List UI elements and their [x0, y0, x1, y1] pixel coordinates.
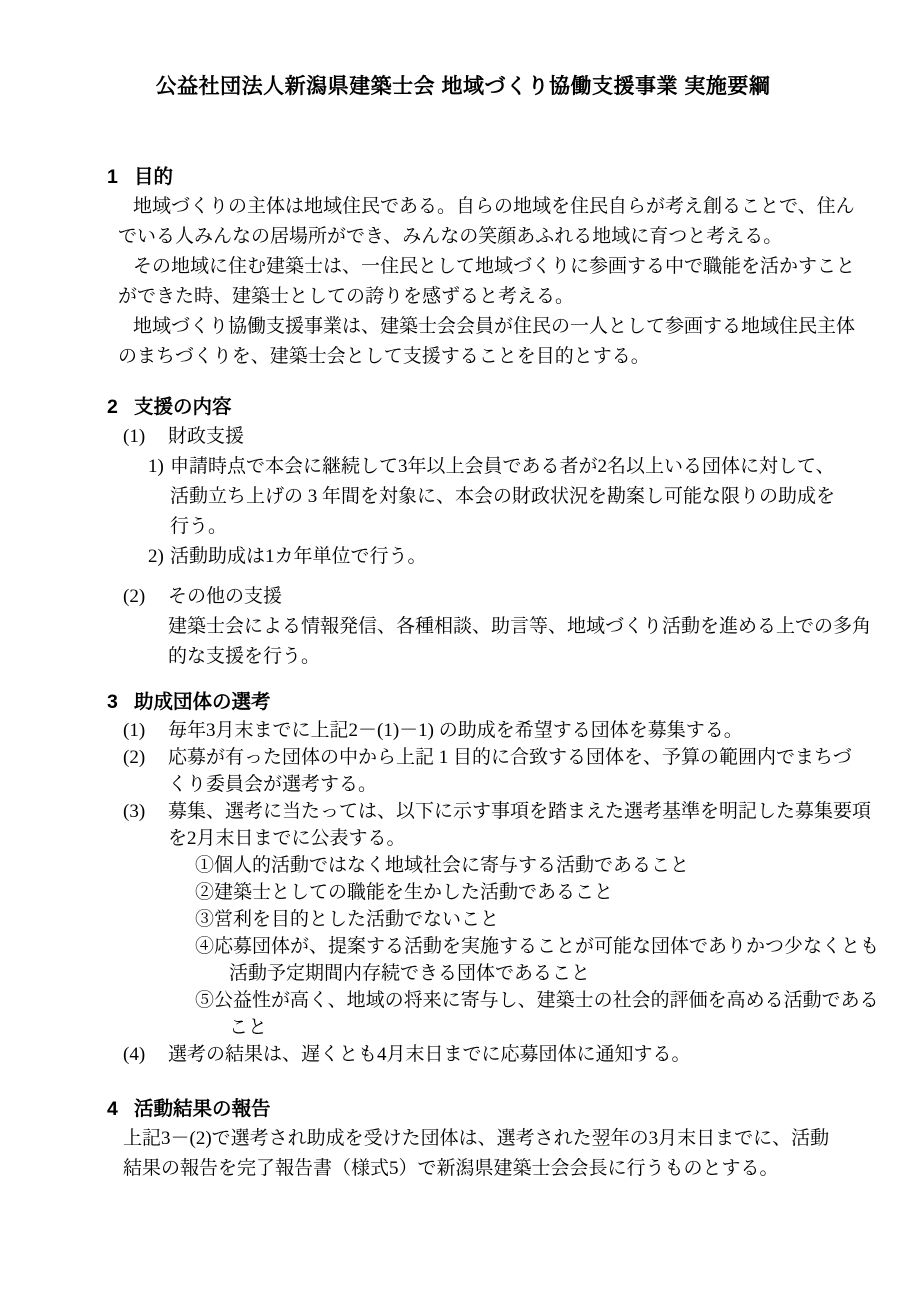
- criterion-line: こと: [195, 1014, 819, 1041]
- item-marker: (2): [123, 582, 145, 612]
- item-line: 的な支援を行う。: [168, 642, 819, 672]
- section-number: 4: [107, 1094, 121, 1124]
- item-marker: (2): [123, 744, 145, 771]
- criterion-line: ②建築士としての職能を生かした活動であること: [195, 879, 819, 906]
- item-line: 申請時点で本会に継続して3年以上会員である者が2名以上いる団体に対して、: [170, 452, 819, 482]
- item-line: を2月末日までに公表する。: [168, 825, 819, 852]
- paragraph-line: 上記3－(2)で選考され助成を受けた団体は、選考された翌年の3月末日までに、活動: [123, 1124, 819, 1154]
- paragraph-line: 結果の報告を完了報告書（様式5）で新潟県建築士会会長に行うものとする。: [123, 1154, 819, 1184]
- item-line: 行う。: [170, 512, 819, 542]
- paragraph-line: 地域づくり協働支援事業は、建築士会会員が住民の一人として参画する地域住民主体: [118, 312, 819, 342]
- list-item-guideline-publication: (3) 募集、選考に当たっては、以下に示す事項を踏まえた選考基準を明記した募集要…: [107, 798, 819, 852]
- item-line: 建築士会による情報発信、各種相談、助言等、地域づくり活動を進める上での多角: [168, 612, 819, 642]
- item-line: 選考の結果は、遅くとも4月末日までに応募団体に通知する。: [168, 1041, 819, 1068]
- item-marker: 1): [148, 452, 164, 482]
- document-title: 公益社団法人新潟県建築士会 地域づくり協働支援事業 実施要綱: [107, 72, 819, 102]
- criterion-line: 活動予定期間内存続できる団体であること: [195, 960, 819, 987]
- criterion-line: ①個人的活動ではなく地域社会に寄与する活動であること: [195, 852, 819, 879]
- list-item-other-support: (2) その他の支援 建築士会による情報発信、各種相談、助言等、地域づくり活動を…: [107, 582, 819, 672]
- paragraph-line: その地域に住む建築士は、一住民として地域づくりに参画する中で職能を活かすこと: [118, 252, 819, 282]
- section-2-heading: 2支援の内容: [107, 392, 819, 422]
- section-number: 2: [107, 392, 121, 422]
- list-item-result-notification: (4) 選考の結果は、遅くとも4月末日までに応募団体に通知する。: [107, 1041, 819, 1068]
- paragraph-line: のまちづくりを、建築士会として支援することを目的とする。: [118, 342, 819, 372]
- list-item-committee-selection: (2) 応募が有った団体の中から上記 1 目的に合致する団体を、予算の範囲内でま…: [107, 744, 819, 798]
- criterion-2: ②建築士としての職能を生かした活動であること: [195, 879, 819, 906]
- item-marker: (3): [123, 798, 145, 825]
- section-number: 3: [107, 687, 121, 717]
- criterion-5: ⑤公益性が高く、地域の将来に寄与し、建築士の社会的評価を高める活動である こと: [195, 987, 819, 1041]
- section-2-support: 2支援の内容 (1) 財政支援 1) 申請時点で本会に継続して3年以上会員である…: [107, 392, 819, 672]
- item-marker: (1): [123, 422, 145, 452]
- item-marker: (1): [123, 717, 145, 744]
- section-3-heading: 3助成団体の選考: [107, 687, 819, 717]
- list-item-financial-support: (1) 財政支援: [107, 422, 819, 452]
- criteria-list: ①個人的活動ではなく地域社会に寄与する活動であること ②建築士としての職能を生か…: [195, 852, 819, 1041]
- list-subitem-2: 2) 活動助成は1カ年単位で行う。: [107, 542, 819, 572]
- criterion-3: ③営利を目的とした活動でないこと: [195, 906, 819, 933]
- item-line: 活動立ち上げの 3 年間を対象に、本会の財政状況を勘案し可能な限りの助成を: [170, 482, 819, 512]
- section-4-report: 4活動結果の報告 上記3－(2)で選考され助成を受けた団体は、選考された翌年の3…: [107, 1094, 819, 1184]
- section-title: 助成団体の選考: [134, 691, 271, 713]
- item-line: 活動助成は1カ年単位で行う。: [170, 542, 819, 572]
- item-marker: 2): [148, 542, 164, 572]
- section-1-purpose: 1目的 地域づくりの主体は地域住民である。自らの地域を住民自らが考え創ることで、…: [107, 162, 819, 372]
- list-subitem-1: 1) 申請時点で本会に継続して3年以上会員である者が2名以上いる団体に対して、 …: [107, 452, 819, 542]
- paragraph-line: 地域づくりの主体は地域住民である。自らの地域を住民自らが考え創ることで、住ん: [118, 192, 819, 222]
- criterion-4: ④応募団体が、提案する活動を実施することが可能な団体でありかつ少なくとも 活動予…: [195, 933, 819, 987]
- section-4-heading: 4活動結果の報告: [107, 1094, 819, 1124]
- paragraph-line: ができた時、建築士としての誇りを感ずると考える。: [118, 282, 819, 312]
- list-item-recruitment: (1) 毎年3月末までに上記2－(1)－1) の助成を希望する団体を募集する。: [107, 717, 819, 744]
- item-label: その他の支援: [168, 582, 819, 612]
- item-line: 応募が有った団体の中から上記 1 目的に合致する団体を、予算の範囲内でまちづ: [168, 744, 819, 771]
- section-3-selection: 3助成団体の選考 (1) 毎年3月末までに上記2－(1)－1) の助成を希望する…: [107, 687, 819, 1068]
- criterion-line: ④応募団体が、提案する活動を実施することが可能な団体でありかつ少なくとも: [195, 933, 819, 960]
- criterion-1: ①個人的活動ではなく地域社会に寄与する活動であること: [195, 852, 819, 879]
- criterion-line: ⑤公益性が高く、地域の将来に寄与し、建築士の社会的評価を高める活動である: [195, 987, 819, 1014]
- section-title: 活動結果の報告: [134, 1098, 271, 1120]
- item-label: 財政支援: [168, 422, 819, 452]
- section-title: 目的: [134, 166, 173, 188]
- section-number: 1: [107, 162, 121, 192]
- item-line: くり委員会が選考する。: [168, 771, 819, 798]
- document-page: 公益社団法人新潟県建築士会 地域づくり協働支援事業 実施要綱 1目的 地域づくり…: [0, 0, 919, 1300]
- section-1-heading: 1目的: [107, 162, 819, 192]
- item-line: 募集、選考に当たっては、以下に示す事項を踏まえた選考基準を明記した募集要項: [168, 798, 819, 825]
- item-line: 毎年3月末までに上記2－(1)－1) の助成を希望する団体を募集する。: [168, 717, 819, 744]
- criterion-line: ③営利を目的とした活動でないこと: [195, 906, 819, 933]
- section-title: 支援の内容: [134, 396, 232, 418]
- item-marker: (4): [123, 1041, 145, 1068]
- paragraph-line: でいる人みんなの居場所ができ、みんなの笑顔あふれる地域に育つと考える。: [118, 222, 819, 252]
